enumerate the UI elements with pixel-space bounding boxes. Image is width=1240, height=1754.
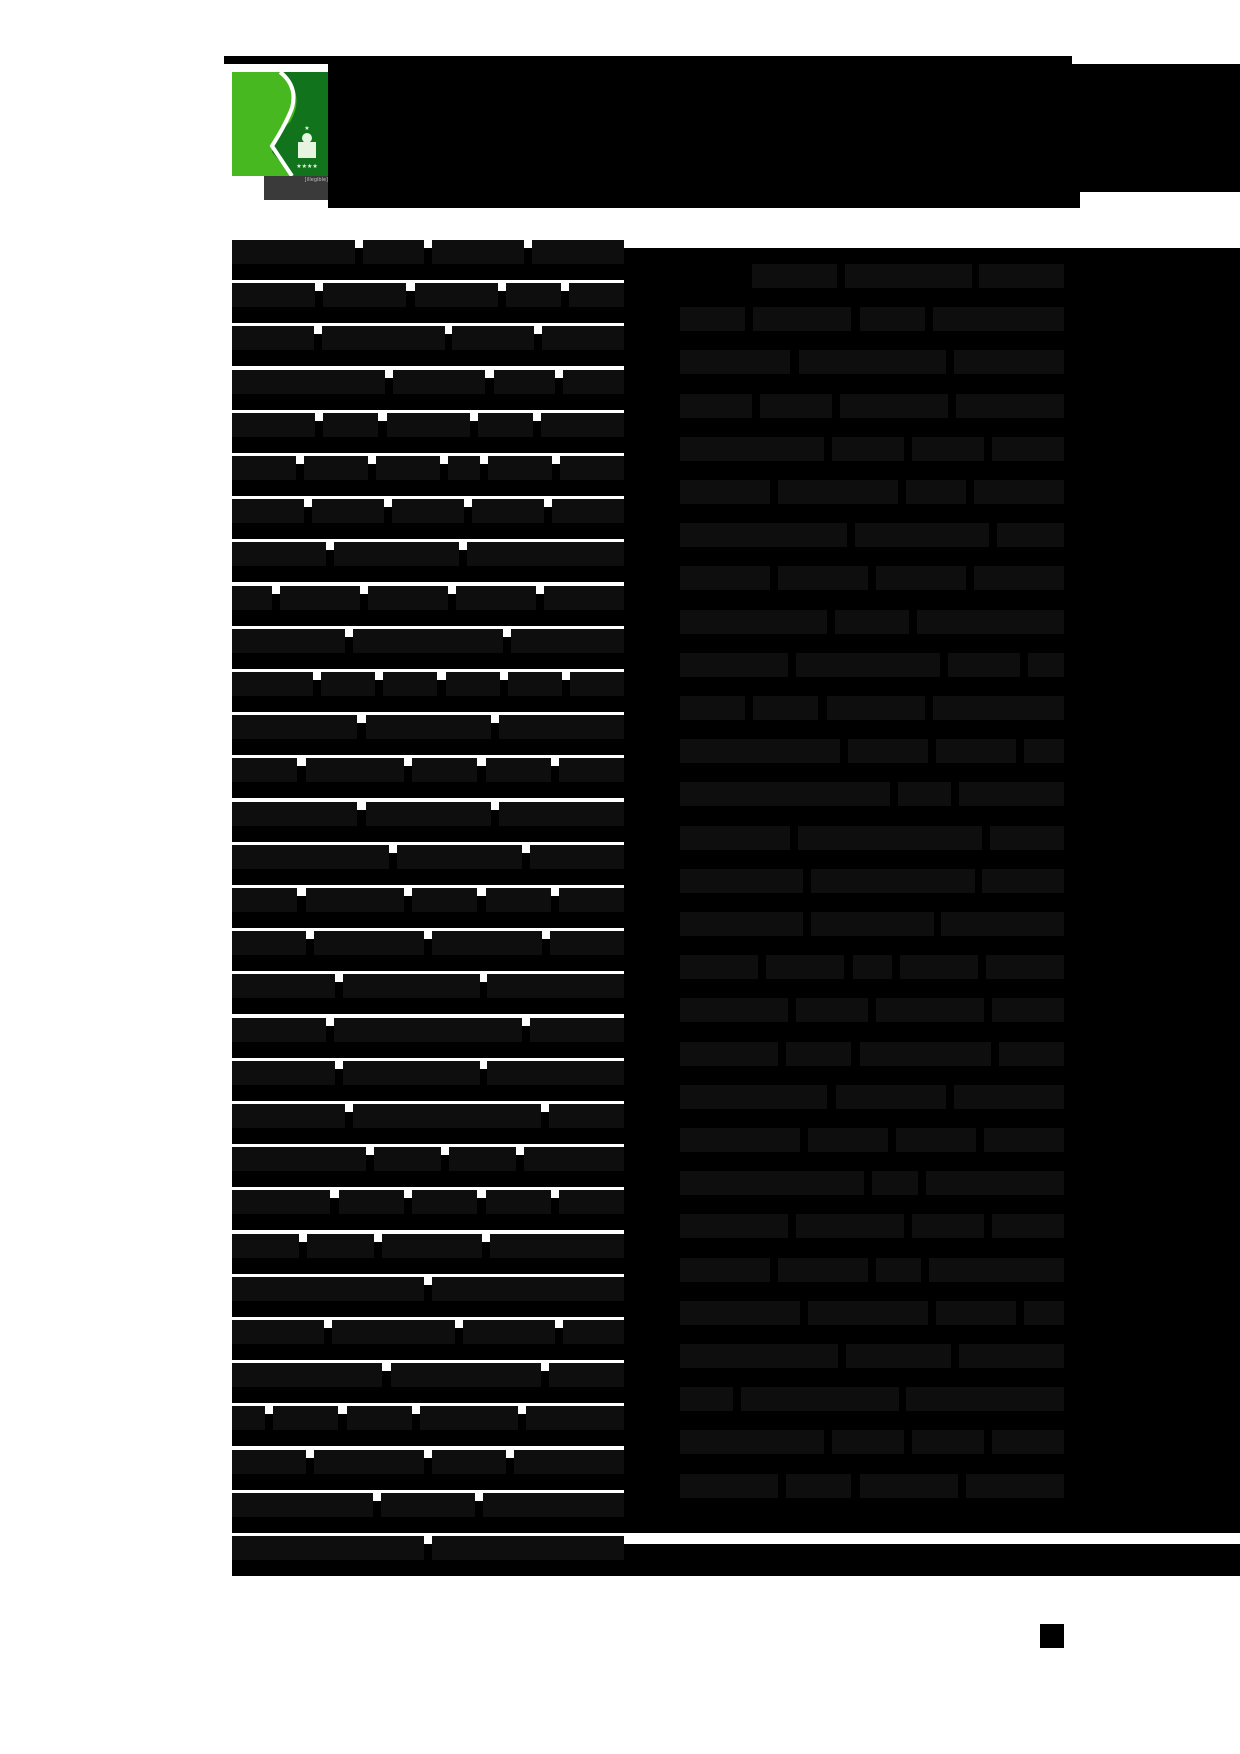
redacted-word: █ [511,629,624,653]
redacted-word: █ [432,931,542,955]
text-line: ███ [680,523,1064,547]
journal-logo-icon: ★★★★ ★ [232,72,328,176]
redacted-word: █ [232,240,355,264]
redacted-word: █ [959,782,1064,806]
redacted-word: █ [376,456,440,480]
text-line: ████ [680,394,1064,418]
redacted-word: █ [786,1474,851,1498]
text-line: ████ [680,1301,1064,1325]
text-line: ███ [680,869,1064,893]
redacted-word: █ [472,499,544,523]
redacted-word: █ [786,1042,851,1066]
redacted-word: █ [232,370,385,394]
text-line: ████ [680,1430,1064,1454]
text-line: ████ [232,240,624,264]
redacted-word: █ [232,1018,326,1042]
text-line: ███ [232,629,624,653]
redacted-word: █ [766,955,844,979]
text-line: ███ [232,845,624,869]
redacted-word: █ [343,1061,480,1085]
redacted-word: █ [467,542,624,566]
redacted-word: █ [486,888,551,912]
redacted-word: █ [332,1320,455,1344]
redacted-word: █ [798,826,982,850]
redacted-word: █ [232,542,326,566]
redacted-word: █ [412,1190,477,1214]
text-line: ███ [680,1171,1064,1195]
redacted-word: █ [314,931,424,955]
redacted-word: █ [232,758,297,782]
redacted-word: █ [680,1301,800,1325]
redacted-word: █ [563,1320,624,1344]
redacted-word: █ [232,888,297,912]
redacted-word: █ [933,307,1064,331]
redacted-word: █ [680,1171,864,1195]
redacted-word: █ [753,307,851,331]
redacted-word: █ [992,1214,1064,1238]
redacted-word: █ [232,1104,345,1128]
redacted-word: █ [353,1104,541,1128]
redacted-word: █ [383,672,437,696]
redacted-word: █ [392,499,464,523]
redacted-word: █ [526,1406,624,1430]
redacted-word: █ [876,566,966,590]
redacted-word: █ [448,456,480,480]
redacted-word: █ [323,413,378,437]
redacted-word: █ [570,672,624,696]
redacted-word: █ [680,1085,827,1109]
text-line: ████ [680,653,1064,677]
redacted-word: █ [954,350,1064,374]
redacted-word: █ [232,586,272,610]
redacted-word: █ [323,283,406,307]
redacted-word: █ [232,974,335,998]
text-line: ███ [232,715,624,739]
redacted-word: █ [680,955,758,979]
redacted-word: █ [304,456,368,480]
text-line: ████ [680,696,1064,720]
redacted-word: █ [680,782,890,806]
redacted-word: █ [232,1406,265,1430]
text-line: ████ [680,480,1064,504]
redacted-word: █ [232,456,296,480]
redacted-word: █ [415,283,498,307]
redacted-word: █ [974,480,1064,504]
redacted-word: █ [463,1320,555,1344]
redacted-word: █ [912,1430,984,1454]
redacted-word: █ [992,998,1064,1022]
redacted-word: █ [508,672,562,696]
redacted-word: █ [680,1042,778,1066]
redacted-word: █ [941,912,1064,936]
redacted-word: █ [232,326,314,350]
redacted-word: █ [490,1234,624,1258]
redacted-word: █ [550,931,624,955]
redacted-word: █ [486,1190,551,1214]
redacted-word: █ [906,1387,1064,1411]
redacted-word: █ [363,240,424,264]
redacted-word: █ [232,1320,324,1344]
redacted-word: █ [307,1234,374,1258]
text-line: ███ [680,912,1064,936]
redacted-word: █ [680,696,745,720]
text-line: ███ [232,1018,624,1042]
redacted-word: █ [680,566,770,590]
text-line: ████ [680,1214,1064,1238]
redacted-word: █ [306,888,404,912]
svg-text:★: ★ [304,125,309,132]
redacted-word: █ [322,326,445,350]
redacted-word: █ [966,1474,1064,1498]
text-line: █████ [232,758,624,782]
redacted-word: █ [432,1450,506,1474]
svg-text:★★★★: ★★★★ [296,163,318,170]
redacted-word: █ [347,1406,412,1430]
redacted-word: █ [778,480,898,504]
redacted-word: █ [232,1493,373,1517]
redacted-word: █ [483,1493,624,1517]
redacted-word: █ [808,1128,888,1152]
redacted-word: █ [232,715,357,739]
redacted-word: █ [343,974,480,998]
redacted-word: █ [232,672,313,696]
redacted-word: █ [811,869,975,893]
redacted-word: █ [1024,1301,1064,1325]
redacted-word: █ [954,1085,1064,1109]
redacted-word: █ [387,413,470,437]
redacted-word: █ [563,370,624,394]
text-line: ██████ [232,672,624,696]
redacted-word: █ [530,1018,624,1042]
redacted-word: █ [933,696,1064,720]
redacted-word: █ [974,566,1064,590]
redacted-word: █ [412,758,477,782]
redacted-word: █ [530,845,624,869]
redacted-word: █ [569,283,624,307]
redacted-word: █ [232,1190,330,1214]
redacted-word: █ [232,499,304,523]
redacted-word: █ [542,326,624,350]
redacted-word: █ [314,1450,424,1474]
redacted-word: █ [232,1536,424,1560]
redacted-word: █ [997,523,1064,547]
redacted-word: █ [872,1171,918,1195]
redacted-word: █ [680,307,745,331]
redacted-word: █ [896,1128,976,1152]
redacted-word: █ [680,1474,778,1498]
text-line: █████ [232,1406,624,1430]
redacted-word: █ [506,283,561,307]
redacted-word: █ [680,1214,788,1238]
redacted-word: █ [680,1128,800,1152]
redacted-word: █ [906,480,966,504]
redacted-word: █ [956,394,1064,418]
redacted-word: █ [499,802,624,826]
text-line: ████ [680,1128,1064,1152]
redacted-word: █ [680,739,840,763]
redacted-word: █ [846,1344,951,1368]
redacted-word: █ [232,802,357,826]
redacted-word: █ [898,782,951,806]
redacted-word: █ [499,715,624,739]
redacted-word: █ [680,480,770,504]
redacted-word: █ [353,629,503,653]
redacted-word: █ [232,1234,299,1258]
redacted-word: █ [917,610,1064,634]
redacted-word: █ [552,499,624,523]
redacted-word: █ [432,1277,624,1301]
redacted-word: █ [488,456,552,480]
redacted-word: █ [926,1171,1064,1195]
redacted-word: █ [432,240,524,264]
redacted-word: █ [680,826,790,850]
redacted-word: █ [835,610,909,634]
redacted-word: █ [853,955,892,979]
redacted-word: █ [456,586,536,610]
redacted-word: █ [366,802,491,826]
redacted-word: █ [680,998,788,1022]
redacted-word: █ [486,758,551,782]
redacted-word: █ [992,437,1064,461]
redacted-word: █ [232,1450,306,1474]
redacted-word: █ [827,696,925,720]
redacted-word: █ [397,845,522,869]
redacted-word: █ [752,264,837,288]
redacted-word: █ [929,1258,1064,1282]
redacted-word: █ [452,326,534,350]
text-line: ████ [232,1450,624,1474]
redacted-word: █ [753,696,818,720]
text-line: ████ [232,326,624,350]
redacted-word: █ [487,974,624,998]
text-line: █████ [232,413,624,437]
redacted-word: █ [860,1042,991,1066]
text-line: █████ [232,586,624,610]
redacted-word: █ [840,394,948,418]
text-line: ███ [752,264,1064,288]
redacted-word: █ [532,240,624,264]
redacted-word: █ [449,1147,516,1171]
text-line: ████ [680,1474,1064,1498]
redacted-word: █ [979,264,1064,288]
text-line: ███ [232,542,624,566]
redacted-word: █ [796,998,868,1022]
redacted-word: █ [514,1450,624,1474]
redacted-word: █ [446,672,500,696]
redacted-word: █ [999,1042,1064,1066]
text-line: ███ [232,974,624,998]
redacted-word: █ [984,1128,1064,1152]
text-line: ████ [232,1147,624,1171]
redacted-word: █ [232,931,306,955]
text-line: ███ [680,350,1064,374]
redacted-word: █ [832,1430,904,1454]
redacted-word: █ [848,739,928,763]
redacted-word: █ [432,1536,624,1560]
redacted-word: █ [680,912,803,936]
redacted-word: █ [680,437,824,461]
redacted-word: █ [680,653,788,677]
redacted-word: █ [680,1344,838,1368]
text-line: ███ [680,826,1064,850]
text-line: ███ [680,1085,1064,1109]
redacted-word: █ [796,1214,904,1238]
redacted-word: █ [232,283,315,307]
redacted-word: █ [832,437,904,461]
redacted-word: █ [334,542,459,566]
redacted-word: █ [1024,739,1064,763]
text-line: ████ [680,437,1064,461]
text-line: ███ [680,1344,1064,1368]
redacted-word: █ [306,758,404,782]
redacted-word: █ [478,413,533,437]
text-line: ████ [232,370,624,394]
redacted-word: █ [680,523,847,547]
redacted-word: █ [541,413,624,437]
redacted-word: █ [232,629,345,653]
redacted-word: █ [559,758,624,782]
text-line: ████ [232,1320,624,1344]
text-line: ████ [232,931,624,955]
redacted-word: █ [232,1363,382,1387]
redacted-word: █ [876,1258,921,1282]
redacted-word: █ [680,610,827,634]
redacted-word: █ [560,456,624,480]
text-line: ███ [232,1104,624,1128]
redacted-word: █ [420,1406,518,1430]
redacted-word: █ [778,1258,868,1282]
redacted-word: █ [544,586,624,610]
redacted-word: █ [959,1344,1064,1368]
text-line: ███ [232,1363,624,1387]
redacted-word: █ [549,1363,624,1387]
redacted-word: █ [845,264,972,288]
redacted-word: █ [860,1474,958,1498]
text-line: ███ [680,1387,1064,1411]
redacted-word: █ [680,350,790,374]
redacted-word: █ [412,888,477,912]
text-line: ████ [680,998,1064,1022]
redacted-word: █ [990,826,1064,850]
redacted-word: █ [391,1363,541,1387]
redacted-word: █ [760,394,832,418]
redacted-word: █ [876,998,984,1022]
header-title-block: [redacted] [328,64,1240,192]
redacted-word: █ [912,1214,984,1238]
redacted-word: █ [232,1061,335,1085]
redacted-word: █ [936,739,1016,763]
redacted-word: █ [232,413,315,437]
redacted-word: █ [321,672,375,696]
redacted-word: █ [524,1147,624,1171]
redacted-word: █ [232,845,389,869]
redacted-word: █ [808,1301,928,1325]
redacted-word: █ [393,370,485,394]
logo-caption: [illegible] [264,176,328,200]
redacted-word: █ [912,437,984,461]
text-line: ████ [680,566,1064,590]
redacted-word: █ [799,350,946,374]
text-line: ██ [232,1277,624,1301]
text-line: █████ [680,955,1064,979]
redacted-word: █ [549,1104,624,1128]
redacted-word: █ [680,1258,770,1282]
redacted-word: █ [836,1085,946,1109]
header-rule [224,56,1072,64]
text-line: █████ [232,283,624,307]
redacted-word: █ [741,1387,899,1411]
redacted-word: █ [936,1301,1016,1325]
redacted-word: █ [948,653,1020,677]
text-line: █████ [232,1190,624,1214]
redacted-word: █ [382,1234,482,1258]
redacted-word: █ [1028,653,1064,677]
redacted-word: █ [986,955,1064,979]
redacted-word: █ [680,869,803,893]
page-number: [■] [1040,1624,1064,1648]
redacted-word: █ [494,370,555,394]
text-line: ███ [232,1493,624,1517]
text-line: ███ [232,1061,624,1085]
redacted-word: █ [680,394,752,418]
redacted-word: █ [778,566,868,590]
header-title-block-lower [328,192,1080,208]
text-line: ████ [680,307,1064,331]
redacted-word: █ [280,586,360,610]
redacted-word: █ [232,1147,366,1171]
redacted-word: █ [900,955,978,979]
redacted-word: █ [312,499,384,523]
text-line: █████ [232,888,624,912]
text-line: ███ [680,782,1064,806]
text-line: █████ [232,499,624,523]
redacted-word: █ [796,653,940,677]
redacted-word: █ [339,1190,404,1214]
redacted-word: █ [860,307,925,331]
text-line: ████ [680,1042,1064,1066]
redacted-word: █ [992,1430,1064,1454]
redacted-word: █ [374,1147,441,1171]
text-line: ███ [680,610,1064,634]
text-line: ██████ [232,456,624,480]
redacted-word: █ [368,586,448,610]
redacted-word: █ [232,1277,424,1301]
text-line: ███ [232,802,624,826]
redacted-word: █ [982,869,1064,893]
redacted-word: █ [273,1406,338,1430]
text-line: ████ [680,1258,1064,1282]
redacted-word: █ [680,1430,824,1454]
text-line: ████ [680,739,1064,763]
redacted-word: █ [855,523,989,547]
redacted-word: █ [559,888,624,912]
text-line: ██ [232,1536,624,1560]
redacted-word: █ [366,715,491,739]
redacted-word: █ [381,1493,475,1517]
text-line: ████ [232,1234,624,1258]
redacted-word: █ [334,1018,522,1042]
redacted-word: █ [680,1387,733,1411]
redacted-word: █ [487,1061,624,1085]
redacted-word: █ [559,1190,624,1214]
redacted-word: █ [811,912,934,936]
